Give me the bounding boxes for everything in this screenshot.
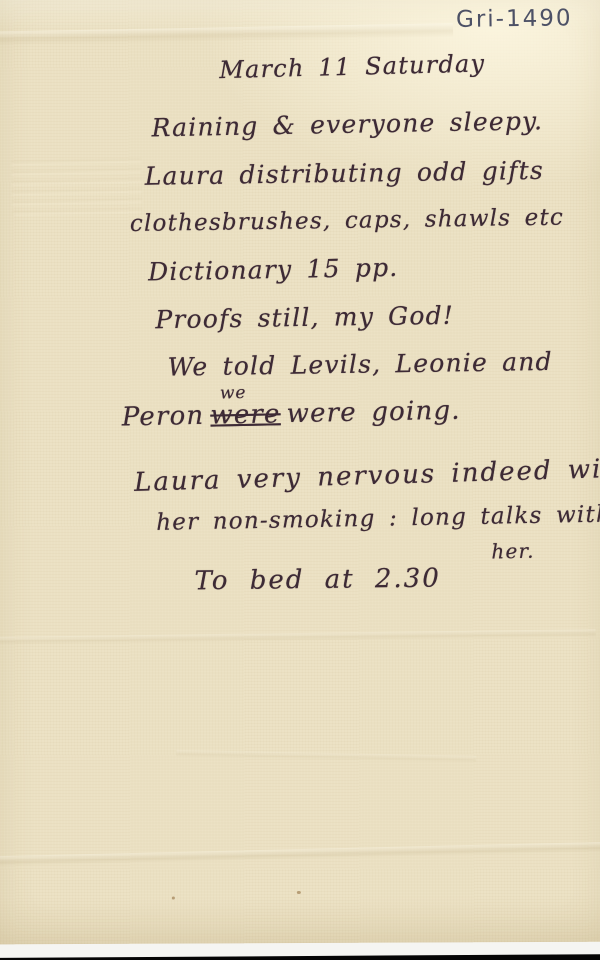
diary-page: Gri-1490 March 11 Saturday Raining & eve…	[0, 0, 600, 944]
correction-after-text: were going.	[286, 396, 461, 429]
correction-before-text: Peron	[121, 401, 204, 433]
entry-date-heading: March 11 Saturday	[219, 49, 486, 84]
entry-line-with-correction: Peronwerewewere going.	[121, 396, 461, 433]
entry-line: her non-smoking : long talks with	[156, 501, 600, 535]
entry-line: Laura very nervous indeed with	[134, 453, 600, 497]
paper-crease	[0, 23, 453, 45]
struck-out-word: werewe	[210, 399, 281, 430]
inserted-word-above: we	[220, 383, 247, 404]
entry-line: Dictionary 15 pp.	[148, 253, 399, 287]
entry-line: Laura distributing odd gifts	[145, 156, 545, 191]
entry-line: clothesbrushes, caps, shawls etc	[130, 205, 564, 237]
paper-stain	[172, 897, 175, 900]
paper-crease	[176, 750, 476, 763]
paper-crease	[0, 842, 600, 867]
catalog-number: Gri-1490	[456, 5, 573, 33]
entry-line: To bed at 2.30	[194, 564, 441, 597]
paper-crease	[0, 629, 596, 645]
entry-line-drop-word: her.	[491, 539, 535, 564]
paper-stain	[297, 891, 301, 894]
entry-line: We told Levils, Leonie and	[167, 347, 553, 382]
struck-word-text: were	[210, 399, 281, 430]
entry-line: Raining & everyone sleepy.	[151, 106, 543, 142]
embossed-watermark	[11, 153, 142, 216]
entry-line: Proofs still, my God!	[155, 301, 454, 334]
